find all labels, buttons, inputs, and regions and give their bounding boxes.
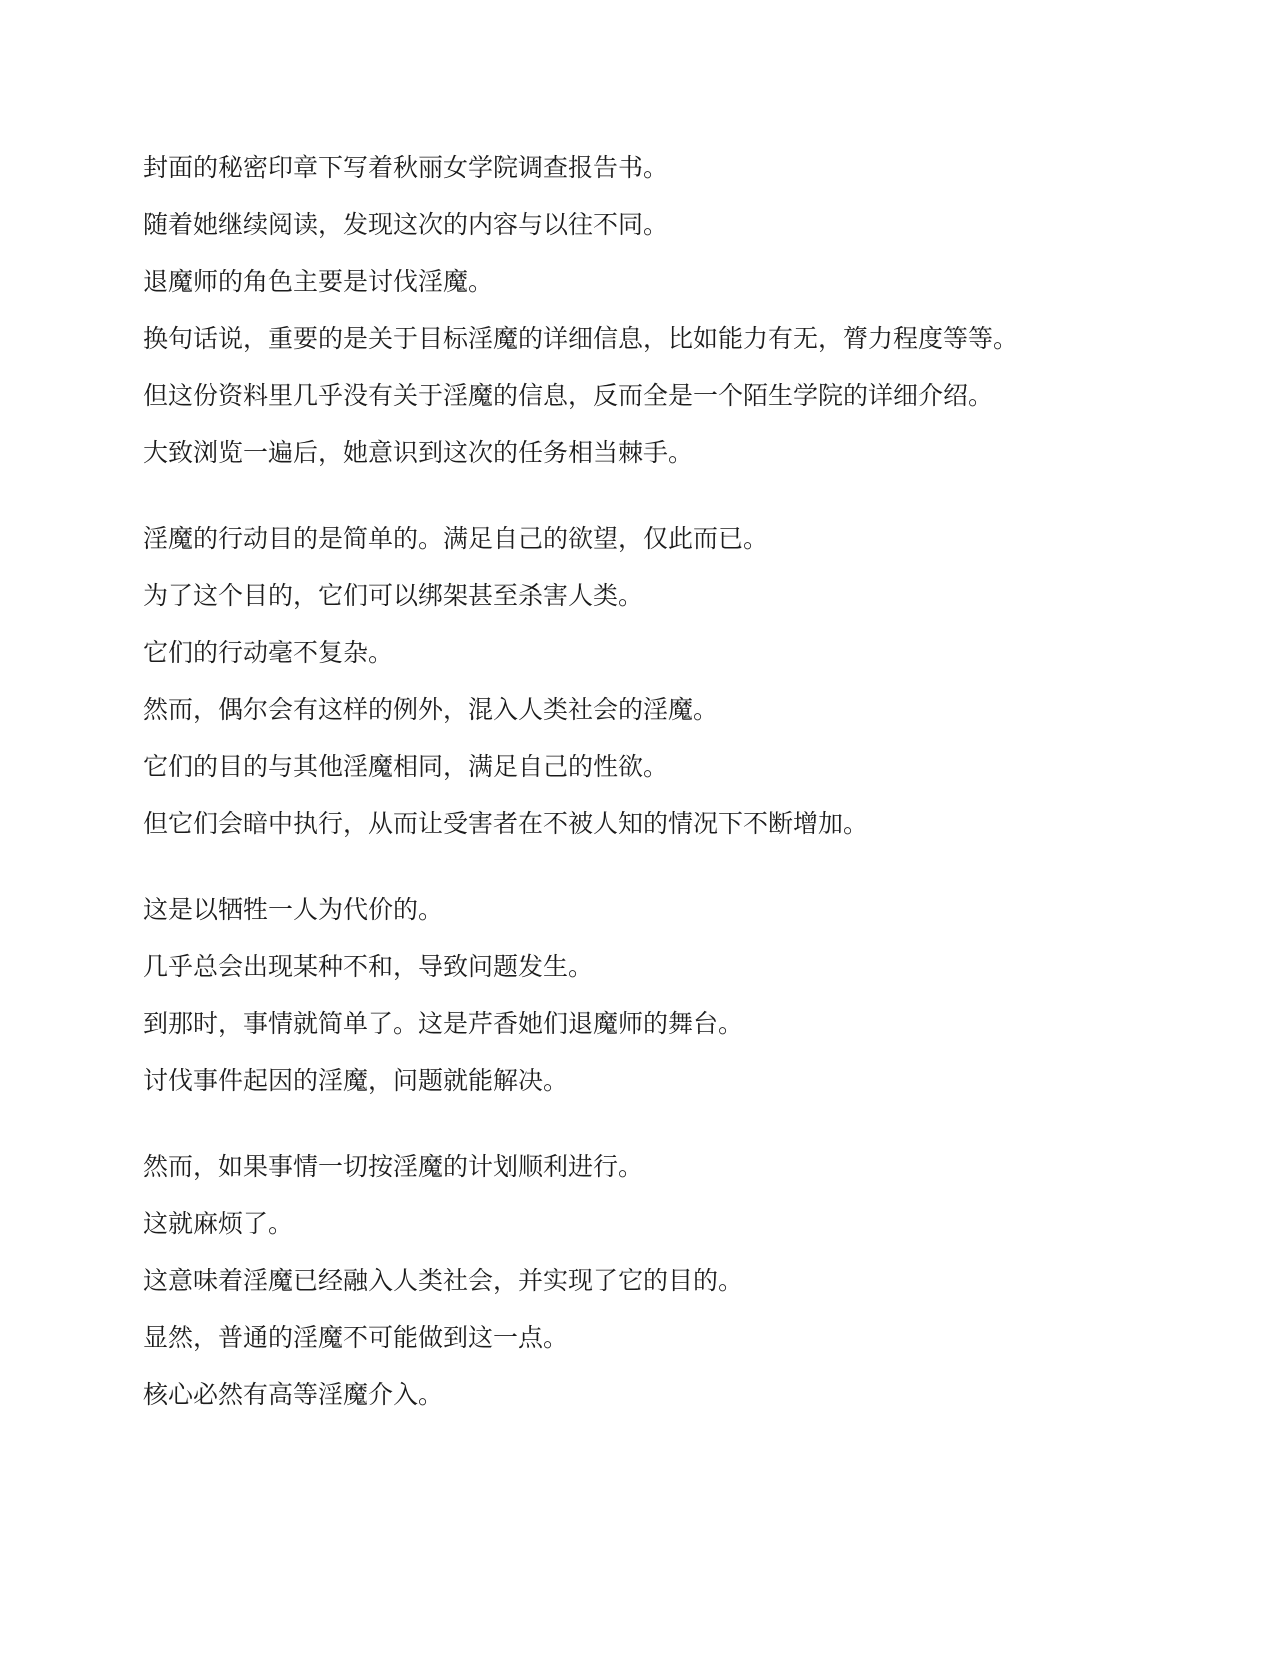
text-line: 核心必然有高等淫魔介入。 xyxy=(143,1382,1183,1408)
document-page: 封面的秘密印章下写着秋丽女学院调查报告书。 随着她继续阅读，发现这次的内容与以往… xyxy=(0,0,1280,1656)
text-line: 然而，如果事情一切按淫魔的计划顺利进行。 xyxy=(143,1154,1183,1180)
text-line: 大致浏览一遍后，她意识到这次的任务相当棘手。 xyxy=(143,440,1183,466)
text-line: 但它们会暗中执行，从而让受害者在不被人知的情况下不断增加。 xyxy=(143,811,1183,837)
text-content: 封面的秘密印章下写着秋丽女学院调查报告书。 随着她继续阅读，发现这次的内容与以往… xyxy=(143,155,1183,1439)
text-line: 随着她继续阅读，发现这次的内容与以往不同。 xyxy=(143,212,1183,238)
text-line: 退魔师的角色主要是讨伐淫魔。 xyxy=(143,269,1183,295)
text-line: 这就麻烦了。 xyxy=(143,1211,1183,1237)
paragraph-group-4: 然而，如果事情一切按淫魔的计划顺利进行。 这就麻烦了。 这意味着淫魔已经融入人类… xyxy=(143,1154,1183,1408)
text-line: 几乎总会出现某种不和，导致问题发生。 xyxy=(143,954,1183,980)
paragraph-group-1: 封面的秘密印章下写着秋丽女学院调查报告书。 随着她继续阅读，发现这次的内容与以往… xyxy=(143,155,1183,466)
text-line: 封面的秘密印章下写着秋丽女学院调查报告书。 xyxy=(143,155,1183,181)
text-line: 换句话说，重要的是关于目标淫魔的详细信息，比如能力有无，膂力程度等等。 xyxy=(143,326,1183,352)
text-line: 这意味着淫魔已经融入人类社会，并实现了它的目的。 xyxy=(143,1268,1183,1294)
text-line: 这是以牺牲一人为代价的。 xyxy=(143,897,1183,923)
text-line: 为了这个目的，它们可以绑架甚至杀害人类。 xyxy=(143,583,1183,609)
text-line: 它们的行动毫不复杂。 xyxy=(143,640,1183,666)
paragraph-group-3: 这是以牺牲一人为代价的。 几乎总会出现某种不和，导致问题发生。 到那时，事情就简… xyxy=(143,897,1183,1094)
text-line: 到那时，事情就简单了。这是芹香她们退魔师的舞台。 xyxy=(143,1011,1183,1037)
text-line: 显然，普通的淫魔不可能做到这一点。 xyxy=(143,1325,1183,1351)
text-line: 但这份资料里几乎没有关于淫魔的信息，反而全是一个陌生学院的详细介绍。 xyxy=(143,383,1183,409)
text-line: 讨伐事件起因的淫魔，问题就能解决。 xyxy=(143,1068,1183,1094)
paragraph-group-2: 淫魔的行动目的是简单的。满足自己的欲望，仅此而已。 为了这个目的，它们可以绑架甚… xyxy=(143,526,1183,837)
text-line: 然而，偶尔会有这样的例外，混入人类社会的淫魔。 xyxy=(143,697,1183,723)
text-line: 淫魔的行动目的是简单的。满足自己的欲望，仅此而已。 xyxy=(143,526,1183,552)
text-line: 它们的目的与其他淫魔相同，满足自己的性欲。 xyxy=(143,754,1183,780)
